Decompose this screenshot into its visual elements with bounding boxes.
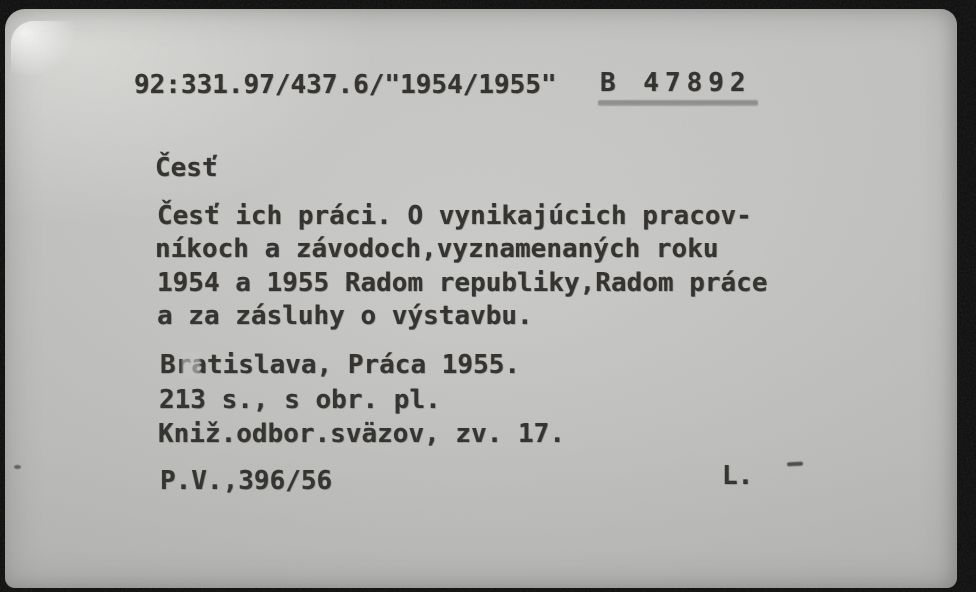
imprint-line: 213 s., s obr. pl. — [159, 387, 441, 413]
accession-number: B 47892 — [600, 70, 752, 96]
title-line: 1954 a 1955 Radom republiky,Radom práce — [157, 270, 767, 296]
cataloguer-initial: L. — [722, 463, 753, 489]
card-corner-curl — [11, 21, 81, 81]
imprint-line: Kniž.odbor.sväzov, zv. 17. — [158, 421, 565, 447]
scanned-catalog-card-image: 92:331.97/437.6/"1954/1955" B 47892 Česť… — [0, 0, 976, 592]
ink-speck — [14, 465, 21, 469]
heading: Česť — [155, 155, 218, 181]
title-line: Česť ich práci. O vynikajúcich pracov- — [157, 203, 752, 229]
imprint-line: Bratislava, Práca 1955. — [160, 352, 520, 378]
accession-underline — [598, 100, 758, 106]
call-number: 92:331.97/437.6/"1954/1955" — [134, 72, 557, 98]
title-line: a za zásluhy o výstavbu. — [157, 303, 533, 329]
pen-dash-mark — [787, 462, 803, 467]
registration-number: P.V.,396/56 — [160, 468, 332, 494]
title-line: níkoch a závodoch,vyznamenaných roku — [155, 236, 719, 262]
